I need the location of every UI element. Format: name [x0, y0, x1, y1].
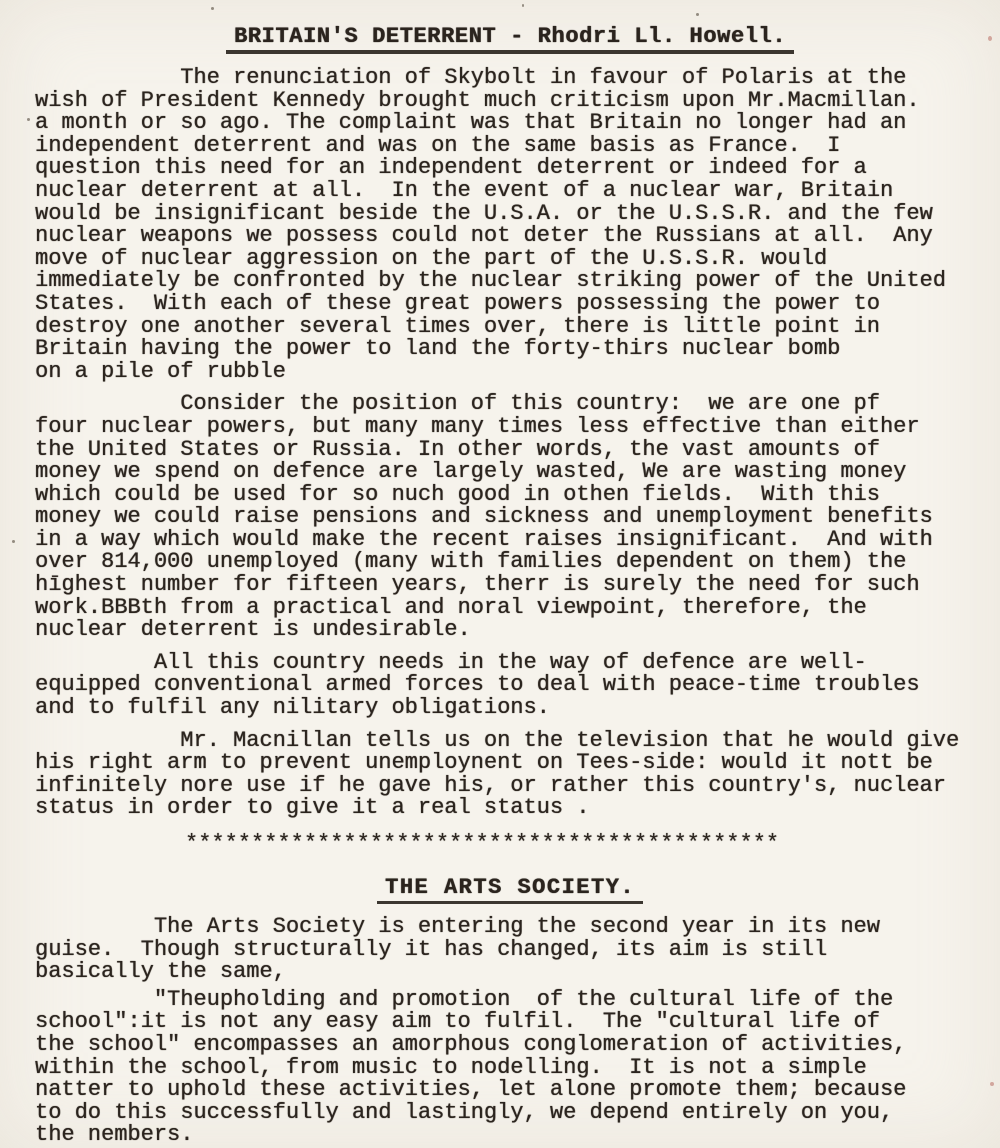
text-line: to do this successfully and lastingly, w…: [35, 1102, 985, 1125]
paragraph: The renunciation of Skybolt in favour of…: [35, 67, 985, 383]
page-content: BRITAIN'S DETERRENT - Rhodri Ll. Howell.…: [0, 0, 1000, 1147]
text-line: The Arts Society is entering the second …: [35, 916, 985, 939]
text-line: work.BBBth from a practical and noral vi…: [35, 597, 985, 620]
ink-speck: [696, 13, 699, 16]
text-line: four nuclear powers, but many many times…: [35, 416, 985, 439]
text-line: a month or so ago. The complaint was tha…: [35, 112, 985, 135]
article-title-arts-society: THE ARTS SOCIETY.: [35, 875, 985, 904]
ink-speck: [27, 118, 30, 121]
text-line: Consider the position of this country: w…: [35, 393, 985, 416]
text-line: within the school, from music to nodelli…: [35, 1057, 985, 1080]
text-line: nuclear deterrent is undesirable.: [35, 619, 985, 642]
text-line: natter to uphold these activities, let a…: [35, 1079, 985, 1102]
text-line: money we spend on defence are largely wa…: [35, 461, 985, 484]
paragraph: All this country needs in the way of def…: [35, 652, 985, 720]
text-line: on a pile of rubble: [35, 361, 985, 384]
text-line: move of nuclear aggression on the part o…: [35, 248, 985, 271]
text-line: infinitely nore use if he gave his, or r…: [35, 775, 985, 798]
text-line: States. With each of these great powers …: [35, 293, 985, 316]
ink-speck: [12, 540, 15, 543]
text-line: immediately be confronted by the nuclear…: [35, 270, 985, 293]
ink-speck: [990, 1082, 994, 1086]
ink-speck: [988, 36, 992, 41]
text-line: independent deterrent and was on the sam…: [35, 135, 985, 158]
paragraph: Mr. Macnillan tells us on the television…: [35, 730, 985, 820]
text-line: over 814,000 unemployed (many with famil…: [35, 551, 985, 574]
text-line: the nembers.: [35, 1124, 985, 1147]
text-line: The renunciation of Skybolt in favour of…: [35, 67, 985, 90]
text-line: basically the same,: [35, 961, 985, 984]
text-line: money we could raise pensions and sickne…: [35, 506, 985, 529]
document-page: BRITAIN'S DETERRENT - Rhodri Ll. Howell.…: [0, 0, 1000, 1148]
article-britains-deterrent: The renunciation of Skybolt in favour of…: [35, 67, 985, 820]
article-arts-society: The Arts Society is entering the second …: [35, 916, 985, 1147]
text-line: "Theupholding and promotion of the cultu…: [35, 989, 985, 1012]
text-line: guise. Though structurally it has change…: [35, 939, 985, 962]
text-line: status in order to give it a real status…: [35, 797, 985, 820]
text-line: Britain having the power to land the for…: [35, 338, 985, 361]
text-line: equipped conventional armed forces to de…: [35, 674, 985, 697]
text-line: his right arm to prevent unemploynent on…: [35, 752, 985, 775]
text-line: Mr. Macnillan tells us on the television…: [35, 730, 985, 753]
article-title-britains-deterrent-text: BRITAIN'S DETERRENT - Rhodri Ll. Howell.: [226, 24, 794, 54]
text-line: All this country needs in the way of def…: [35, 652, 985, 675]
paragraph: Consider the position of this country: w…: [35, 393, 985, 642]
text-line: wish of President Kennedy brought much c…: [35, 90, 985, 113]
text-line: question this need for an independent de…: [35, 157, 985, 180]
text-line: the United States or Russia. In other wo…: [35, 439, 985, 462]
text-line: hīghest number for fifteen years, therr …: [35, 574, 985, 597]
text-line: destroy one another several times over, …: [35, 316, 985, 339]
text-line: in a way which would make the recent rai…: [35, 529, 985, 552]
ink-speck: [211, 7, 214, 10]
article-title-arts-society-text: THE ARTS SOCIETY.: [377, 875, 643, 904]
text-line: the school" encompasses an amorphous con…: [35, 1034, 985, 1057]
text-line: school":it is not any easy aim to fulfil…: [35, 1011, 985, 1034]
text-line: nuclear deterrent at all. In the event o…: [35, 180, 985, 203]
text-line: which could be used for so nuch good in …: [35, 484, 985, 507]
paragraph: "Theupholding and promotion of the cultu…: [35, 989, 985, 1147]
article-title-britains-deterrent: BRITAIN'S DETERRENT - Rhodri Ll. Howell.: [35, 24, 985, 54]
paragraph: The Arts Society is entering the second …: [35, 916, 985, 984]
text-line: would be insignificant beside the U.S.A.…: [35, 203, 985, 226]
text-line: nuclear weapons we possess could not det…: [35, 225, 985, 248]
asterisk-divider: ****************************************…: [185, 832, 985, 855]
ink-speck: [522, 4, 524, 7]
text-line: and to fulfil any nilitary obligations.: [35, 697, 985, 720]
